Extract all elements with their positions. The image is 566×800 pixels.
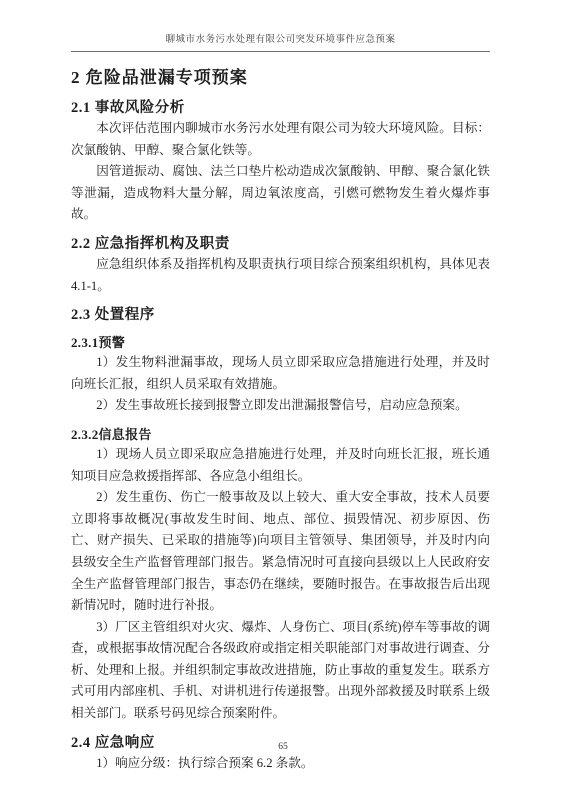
subsection-title-2-3-1: 2.3.1预警 — [71, 334, 490, 352]
document-page: 聊城市水务污水处理有限公司突发环境事件应急预案 2 危险品泄漏专项预案 2.1 … — [0, 0, 566, 800]
section-title-2-3: 2.3 处置程序 — [71, 305, 490, 325]
section-title-2-1: 2.1 事故风险分析 — [71, 98, 490, 118]
paragraph-warn-1: 1）发生物料泄漏事故，现场人员立即采取应急措施进行处理，并及时向班长汇报，组织人… — [71, 352, 490, 395]
page-number: 65 — [0, 742, 566, 752]
paragraph-report-2: 2）发生重伤、伤亡一般事故及以上较大、重大安全事故，技术人员要立即将事故概况(事… — [71, 487, 490, 617]
paragraph-response: 1）响应分级：执行综合预案 6.2 条款。 — [71, 753, 490, 775]
header-rule — [71, 51, 490, 52]
paragraph-report-3: 3）厂区主管组织对火灾、爆炸、人身伤亡、项目(系统)停车等事故的调查，或根据事故… — [71, 617, 490, 725]
section-title-2-2: 2.2 应急指挥机构及职责 — [71, 234, 490, 254]
page-header: 聊城市水务污水处理有限公司突发环境事件应急预案 — [71, 34, 490, 52]
paragraph-risk-1: 本次评估范围内聊城市水务污水处理有限公司为较大环境风险。目标：次氯酸钠、甲醇、聚… — [71, 118, 490, 161]
subsection-title-2-3-2: 2.3.2信息报告 — [71, 426, 490, 444]
paragraph-report-1: 1）现场人员立即采取应急措施进行处理，并及时向班长汇报，班长通知项目应急救援指挥… — [71, 444, 490, 487]
paragraph-risk-2: 因管道振动、腐蚀、法兰口垫片松动造成次氯酸钠、甲醇、聚合氯化铁等泄漏，造成物料大… — [71, 161, 490, 226]
paragraph-warn-2: 2）发生事故班长接到报警立即发出泄漏报警信号，启动应急预案。 — [71, 395, 490, 417]
chapter-title: 2 危险品泄漏专项预案 — [71, 66, 490, 90]
paragraph-org: 应急组织体系及指挥机构及职责执行项目综合预案组织机构，具体见表 4.1-1。 — [71, 254, 490, 297]
header-title: 聊城市水务污水处理有限公司突发环境事件应急预案 — [71, 34, 490, 46]
